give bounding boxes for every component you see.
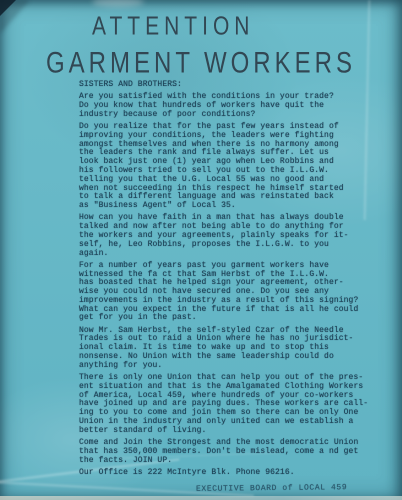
flyer-paragraph: Do you realize that for the past few yea… [79,123,390,211]
scan-bottom-edge [0,496,402,500]
flyer-page: ATTENTION GARMENT WORKERS SISTERS AND BR… [0,0,402,500]
headline-word-garment: GARMENT [46,46,194,81]
flyer-paragraph: There is only one Union that can help yo… [79,374,390,436]
flyer-paragraph: Come and Join the Strongest and the most… [79,439,390,465]
paper-wear-mark [92,0,144,7]
flyer-paragraph: How can you have faith in a man that has… [79,214,390,258]
flyer-body: SISTERS AND BROTHERS: Are you satisfied … [79,81,390,481]
flyer-paragraph: For a number of years past you garment w… [79,262,390,324]
flyer-paragraph: Are you satisfied with the conditions in… [79,93,390,119]
signature-executive-board: EXECUTIVE BOARD of LOCAL 459 [196,483,347,494]
headline-word-workers: WORKERS [204,46,356,81]
headline-garment-workers: GARMENT WORKERS [46,46,356,81]
salutation: SISTERS AND BROTHERS: [79,81,390,90]
office-address-line: Our Office is 222 McIntyre Blk. Phone 96… [79,469,390,478]
headline-attention: ATTENTION [0,12,402,42]
flyer-paragraph: Now Mr. Sam Herbst, the self-styled Czar… [79,327,390,371]
flyer-headline: ATTENTION GARMENT WORKERS [0,12,402,74]
